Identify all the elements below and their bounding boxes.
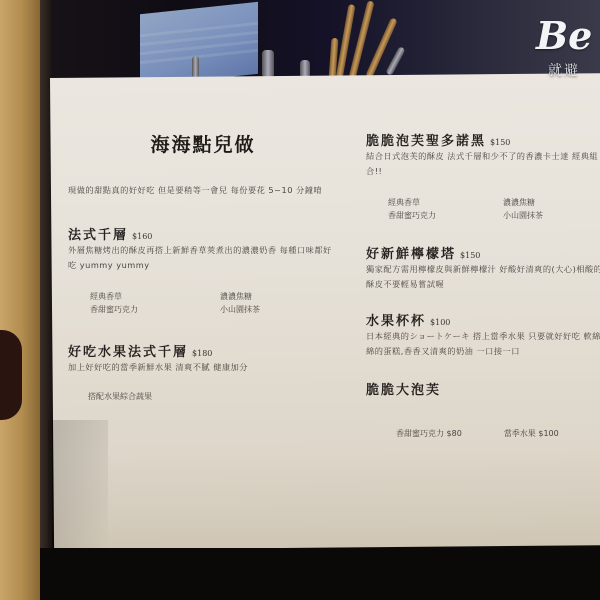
item-name: 脆脆大泡芙 [366, 383, 441, 398]
menu-item: 水果杯杯$100 日本經典的ショートケーキ 搭上當季水果 只要就好好吃 軟綿綿的… [366, 310, 600, 359]
menu-item: 好吃水果法式千層$180 加上好好吃的當季新鮮水果 清爽不膩 健康加分 搭配水果… [68, 341, 338, 402]
menu-intro: 現做的甜點真的好好吃 但是要稍等一會兒 每份要花 5~10 分鐘唷 [68, 183, 338, 198]
item-name: 法式千層 [68, 228, 128, 243]
table-surface [40, 548, 600, 600]
item-name: 好吃水果法式千層 [68, 345, 188, 360]
item-price: $150 [460, 251, 480, 260]
utensil-metal [262, 50, 274, 78]
utensil-metal [192, 56, 199, 78]
window-light [140, 2, 258, 86]
menu-item: 脆脆大泡芙 香甜蜜巧克力 $80 當季水果 $100 [366, 379, 600, 439]
menu-title: 海海點兒做 [68, 130, 338, 157]
menu-item: 好新鮮檸檬塔$150 獨家配方需用檸檬皮與新鮮檸檬汁 好酸好清爽的(大心)相酸的… [366, 243, 600, 292]
flavor-option: 濃濃焦糖 [503, 197, 600, 208]
paper-shadow [48, 420, 108, 550]
item-price: $160 [132, 232, 152, 241]
item-description: 日本經典的ショートケーキ 搭上當季水果 只要就好好吃 軟綿綿的蛋糕,香香又清爽的… [366, 329, 600, 359]
item-name: 水果杯杯 [366, 314, 426, 329]
flavor-option: 經典香草 [90, 291, 208, 302]
flavor-options: 經典香草 濃濃焦糖 香甜蜜巧克力 小山園抹茶 [68, 291, 338, 315]
item-description: 加上好好吃的當季新鮮水果 清爽不膩 健康加分 [68, 360, 338, 375]
flavor-option: 當季水果 $100 [504, 428, 559, 439]
item-price: $150 [490, 138, 510, 147]
item-name: 脆脆泡芙聖多諾黑 [366, 134, 486, 149]
watermark-subtext: 就避 [548, 60, 580, 80]
flavor-options: 經典香草 濃濃焦糖 香甜蜜巧克力 小山園抹茶 [366, 197, 600, 221]
flavor-option: 香甜蜜巧克力 [90, 304, 208, 315]
flavor-option: 小山園抹茶 [220, 304, 338, 315]
flavor-option: 搭配水果綜合蔬果 [68, 391, 338, 402]
menu-item: 脆脆泡芙聖多諾黑$150 結合日式泡芙的酥皮 法式千層和少不了的香濃卡士達 經典… [366, 130, 600, 221]
item-price: $180 [192, 349, 212, 358]
item-description: 外層焦糖烤出的酥皮再搭上新鮮香草莢煮出的濃濃奶香 每種口味都好吃 yummy y… [68, 243, 338, 273]
menu-right-column: 脆脆泡芙聖多諾黑$150 結合日式泡芙的酥皮 法式千層和少不了的香濃卡士達 經典… [366, 130, 600, 457]
watermark-logo: Be [536, 16, 592, 56]
hand-silhouette [0, 330, 22, 420]
item-price: $100 [430, 318, 450, 327]
menu-left-column: 海海點兒做 現做的甜點真的好好吃 但是要稍等一會兒 每份要花 5~10 分鐘唷 … [68, 120, 338, 420]
item-description: 獨家配方需用檸檬皮與新鮮檸檬汁 好酸好清爽的(大心)相酸的酥皮不要輕易嘗試喔 [366, 262, 600, 292]
wooden-frame [0, 0, 44, 600]
flavor-option: 香甜蜜巧克力 $80 [396, 428, 462, 439]
flavor-option: 香甜蜜巧克力 [388, 210, 491, 221]
menu-item: 法式千層$160 外層焦糖烤出的酥皮再搭上新鮮香草莢煮出的濃濃奶香 每種口味都好… [68, 224, 338, 315]
flavor-options: 香甜蜜巧克力 $80 當季水果 $100 [366, 428, 600, 439]
flavor-option: 經典香草 [388, 197, 491, 208]
item-name: 好新鮮檸檬塔 [366, 247, 456, 262]
flavor-option: 濃濃焦糖 [220, 291, 338, 302]
item-description: 結合日式泡芙的酥皮 法式千層和少不了的香濃卡士達 經典組合!! [366, 149, 600, 179]
flavor-option: 小山園抹茶 [503, 210, 600, 221]
